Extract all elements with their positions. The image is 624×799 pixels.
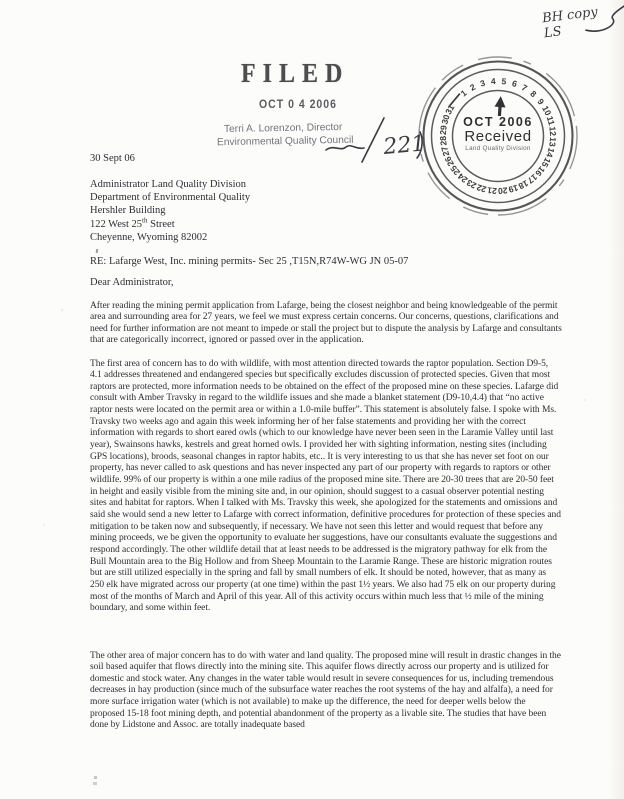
dial-number: 7 [520, 82, 529, 93]
recipient-line: Cheyenne, Wyoming 82002 [90, 231, 250, 244]
recipient-street-line: 122 West 25th Street [90, 218, 250, 231]
pen-slash [362, 118, 384, 162]
dial-number: 20 [497, 185, 508, 196]
dial-dash [450, 94, 460, 106]
dial-number: 27 [439, 145, 451, 157]
stray-scan-mark [96, 249, 99, 253]
recipient-address-block: Administrator Land Quality Division Depa… [90, 178, 250, 244]
dial-number: 13 [547, 137, 558, 148]
stamp-division-label: Land Quality Division [465, 145, 531, 152]
dial-number: 1 [459, 88, 469, 99]
recipient-line: Department of Environmental Quality [90, 191, 250, 204]
stamp-received-label: Received [464, 128, 531, 145]
dial-number: 19 [507, 183, 519, 195]
dial-number: 21 [486, 185, 497, 196]
date-pointer-arrow-icon [494, 96, 506, 117]
dial-number: 3 [479, 78, 487, 89]
letter-paragraph-3: The other area of major concern has to d… [90, 651, 562, 733]
pen-squiggle [326, 146, 364, 150]
dial-number: 2 [468, 82, 477, 93]
handwritten-note: BH copy LS [541, 5, 600, 42]
dial-number: 6 [511, 78, 519, 89]
scanned-letter-page: BH copy LS FILED OCT 0 4 2006 Terri A. L… [0, 0, 624, 799]
letter-paragraph-2: The first area of concern has to do with… [90, 359, 562, 615]
letter-date: 30 Sept 06 [90, 152, 135, 165]
street-name: Street [148, 219, 175, 230]
street-number: 122 West 25 [90, 219, 142, 230]
dial-number: 5 [501, 76, 507, 86]
dial-number: 11 [545, 115, 557, 127]
salutation: Dear Administrator, [90, 276, 174, 289]
stray-scan-mark [94, 776, 97, 779]
re-subject-line: RE: Lafarge West, Inc. mining permits- S… [90, 255, 408, 268]
dial-number: 12 [547, 126, 558, 137]
received-stamp: 1234567891011121314151617181920212223242… [414, 52, 582, 220]
stray-scan-mark [93, 782, 97, 785]
dial-number: 31 [443, 103, 456, 116]
stamp-month-year: OCT 2006 [463, 115, 533, 129]
dial-number: 29 [438, 124, 449, 135]
filed-stamp-title: FILED [241, 59, 349, 90]
recipient-line: Hershler Building [90, 204, 250, 217]
recipient-line: Administrator Land Quality Division [90, 178, 250, 191]
letter-paragraph-1: After reading the mining permit applicat… [90, 301, 562, 348]
dial-number: 8 [528, 89, 538, 100]
dial-number: 28 [438, 135, 449, 146]
dial-number: 4 [490, 76, 496, 86]
pen-flourish [580, 0, 624, 38]
